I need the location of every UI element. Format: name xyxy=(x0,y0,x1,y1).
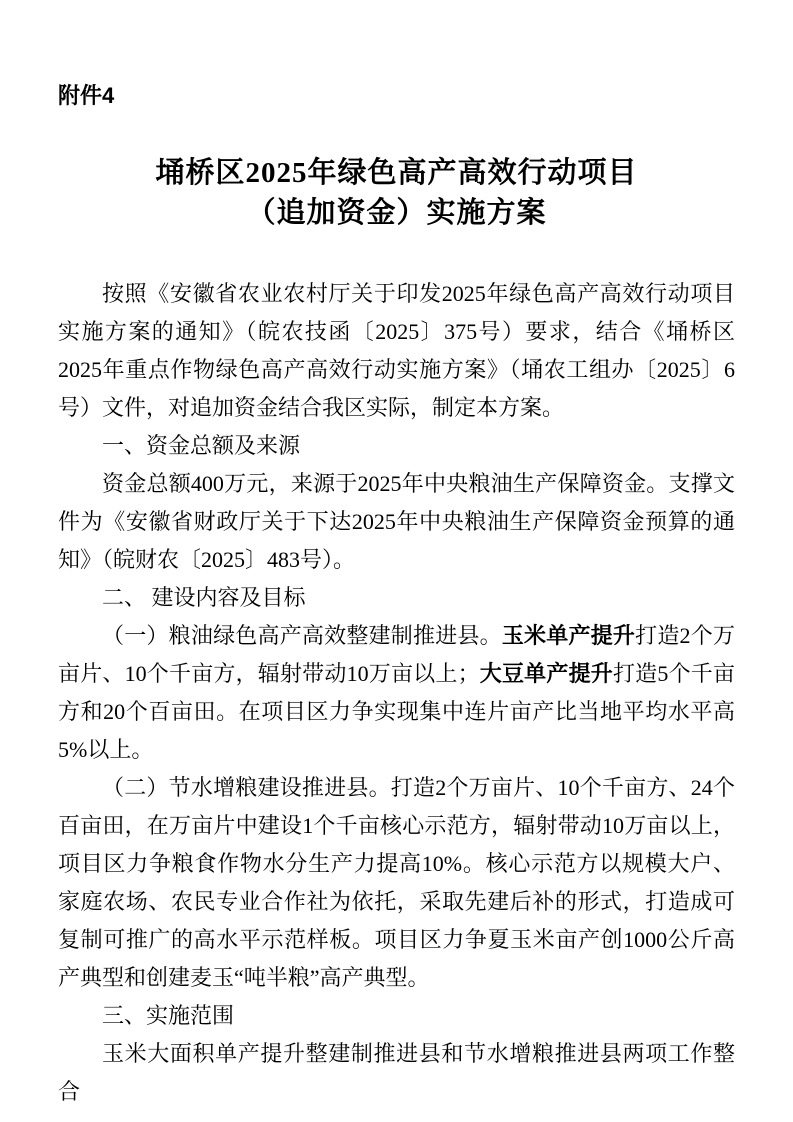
section-heading: 三、实施范围 xyxy=(58,997,735,1035)
body-paragraph: 玉米大面积单产提升整建制推进县和节水增粮推进县两项工作整合 xyxy=(58,1035,735,1111)
document-title-line-1: 埇桥区2025年绿色高产高效行动项目 xyxy=(58,153,735,193)
section-heading: 二、 建设内容及目标 xyxy=(58,579,735,617)
body-paragraph: （二）节水增粮建设推进县。打造2个万亩片、10个千亩方、24个百亩田，在万亩片中… xyxy=(58,769,735,997)
emphasis-bold-text: 玉米单产提升 xyxy=(502,623,635,648)
text-segment: 一、资金总额及来源 xyxy=(102,433,300,458)
text-segment: 按照《安徽省农业农村厅关于印发2025年绿色高产高效行动项目实施方案的通知》（皖… xyxy=(58,281,735,420)
attachment-label: 附件4 xyxy=(58,83,735,109)
document-body: 按照《安徽省农业农村厅关于印发2025年绿色高产高效行动项目实施方案的通知》（皖… xyxy=(58,275,735,1111)
emphasis-bold-text: 大豆单产提升 xyxy=(480,661,613,686)
text-segment: （一）粮油绿色高产高效整建制推进县。 xyxy=(102,623,502,648)
section-heading: 一、资金总额及来源 xyxy=(58,427,735,465)
document-page: 附件4 埇桥区2025年绿色高产高效行动项目 （追加资金）实施方案 按照《安徽省… xyxy=(0,0,793,1122)
text-segment: 三、实施范围 xyxy=(102,1003,234,1028)
document-title: 埇桥区2025年绿色高产高效行动项目 （追加资金）实施方案 xyxy=(58,153,735,233)
text-segment: 资金总额400万元，来源于2025年中央粮油生产保障资金。支撑文件为《安徽省财政… xyxy=(58,471,735,572)
text-segment: 二、 建设内容及目标 xyxy=(102,585,306,610)
body-paragraph: （一）粮油绿色高产高效整建制推进县。玉米单产提升打造2个万亩片、10个千亩方，辐… xyxy=(58,617,735,769)
text-segment: 玉米大面积单产提升整建制推进县和节水增粮推进县两项工作整合 xyxy=(58,1041,735,1104)
body-paragraph: 按照《安徽省农业农村厅关于印发2025年绿色高产高效行动项目实施方案的通知》（皖… xyxy=(58,275,735,427)
body-paragraph: 资金总额400万元，来源于2025年中央粮油生产保障资金。支撑文件为《安徽省财政… xyxy=(58,465,735,579)
text-segment: （二）节水增粮建设推进县。打造2个万亩片、10个千亩方、24个百亩田，在万亩片中… xyxy=(58,775,735,990)
document-title-line-2: （追加资金）实施方案 xyxy=(58,193,735,233)
